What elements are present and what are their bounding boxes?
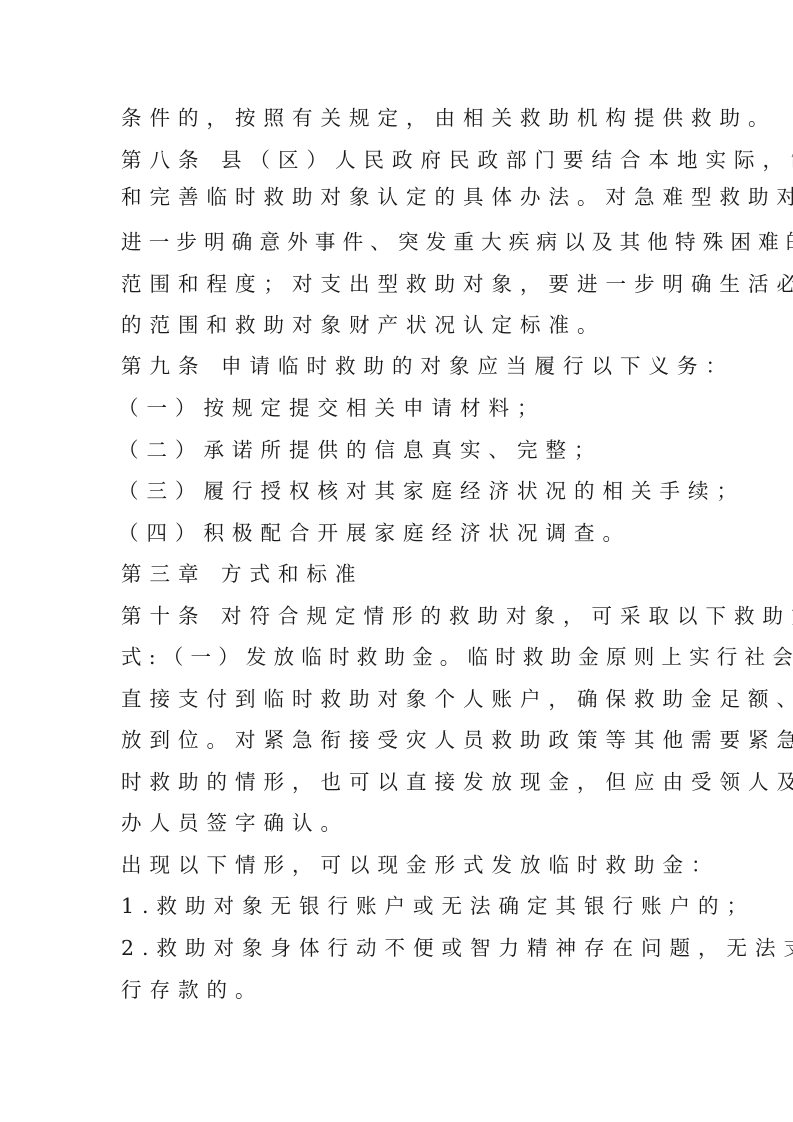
list-item: （一）按规定提交相关申请材料； — [118, 395, 718, 421]
text-line: 时救助的情形，也可以直接发放现金，但应由受领人及 2 名经 — [121, 769, 721, 795]
list-item: （三）履行授权核对其家庭经济状况的相关手续； — [118, 478, 718, 504]
document-page: 条件的，按照有关规定，由相关救助机构提供救助。 第八条 县（区）人民政府民政部门… — [0, 0, 793, 1122]
list-item: （四）积极配合开展家庭经济状况调查。 — [118, 520, 718, 546]
article-9-heading-line: 第九条 申请临时救助的对象应当履行以下义务： — [121, 353, 721, 379]
text-line: 行存款的。 — [121, 977, 721, 1003]
text-line: 和完善临时救助对象认定的具体办法。对急难型救助对象，要 — [121, 184, 721, 210]
text-line: 办人员签字确认。 — [121, 810, 721, 836]
list-item: 1.救助对象无银行账户或无法确定其银行账户的； — [121, 893, 721, 919]
text-line: 范围和程度；对支出型救助对象，要进一步明确生活必需支出 — [121, 271, 721, 297]
text-line: 放到位。对紧急衔接受灾人员救助政策等其他需要紧急实施临 — [121, 727, 721, 753]
text-line: 直接支付到临时救助对象个人账户，确保救助金足额、及时发 — [121, 686, 721, 712]
text-line: 式:（一）发放临时救助金。临时救助金原则上实行社会化发放， — [121, 644, 721, 670]
article-10-heading-line: 第十条 对符合规定情形的救助对象，可采取以下救助方 — [121, 603, 721, 629]
text-line: 出现以下情形，可以现金形式发放临时救助金： — [121, 852, 721, 878]
text-line: 进一步明确意外事件、突发重大疾病以及其他特殊困难的类型、 — [121, 229, 721, 255]
text-line: 条件的，按照有关规定，由相关救助机构提供救助。 — [121, 105, 721, 131]
list-item: （二）承诺所提供的信息真实、完整； — [118, 437, 718, 463]
text-line: 的范围和救助对象财产状况认定标准。 — [121, 312, 721, 338]
chapter-3-heading: 第三章 方式和标准 — [121, 561, 721, 587]
list-item: 2.救助对象身体行动不便或智力精神存在问题，无法支取银 — [121, 935, 721, 961]
article-8-heading-line: 第八条 县（区）人民政府民政部门要结合本地实际，制定 — [121, 147, 721, 173]
